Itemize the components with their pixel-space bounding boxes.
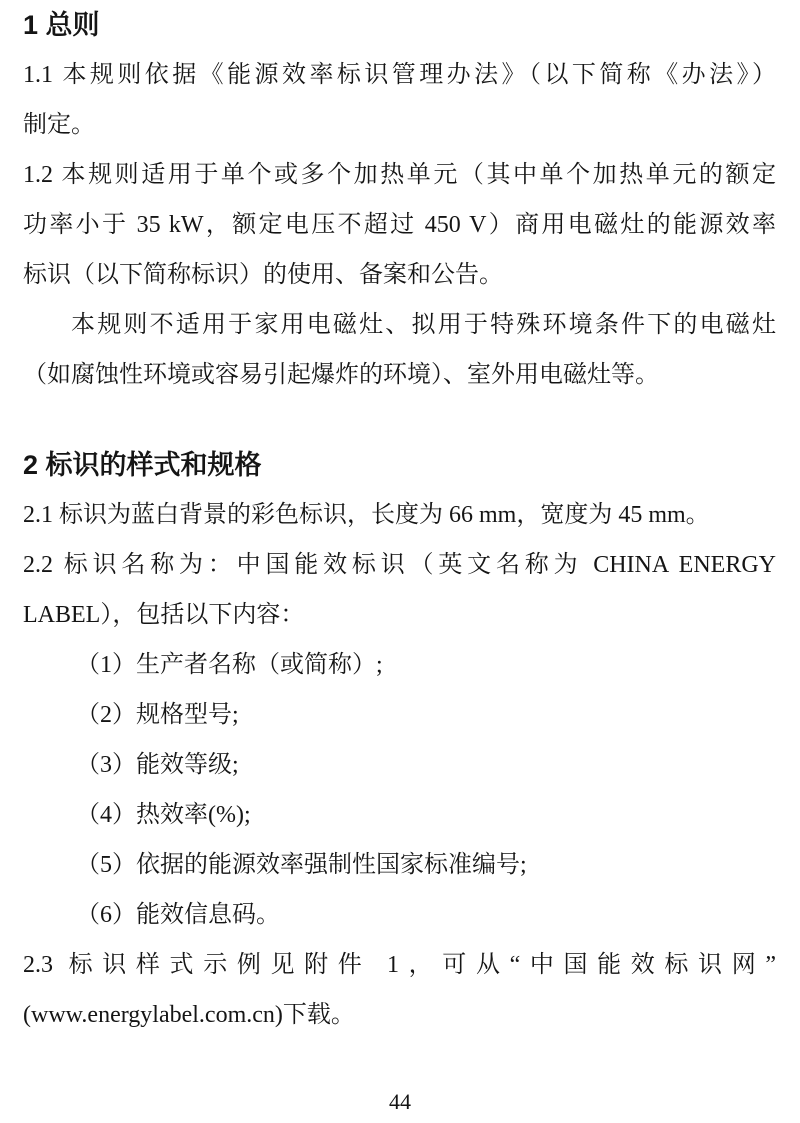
list-item-4: （4）热效率(%); — [23, 790, 776, 840]
para-2-2-line-2: LABEL），包括以下内容： — [23, 590, 776, 640]
list-item-6: （6）能效信息码。 — [23, 890, 776, 940]
section-1-heading: 1 总则 — [23, 0, 776, 50]
para-2-2-line-1: 2.2 标识名称为：中国能效标识（英文名称为 CHINA ENERGY — [23, 540, 776, 590]
list-item-3: （3）能效等级; — [23, 740, 776, 790]
list-item-5: （5）依据的能源效率强制性国家标准编号; — [23, 840, 776, 890]
para-2-1-line-1: 2.1 标识为蓝白背景的彩色标识，长度为 66 mm，宽度为 45 mm。 — [23, 490, 776, 540]
para-1-2-line-2: 功率小于 35 kW，额定电压不超过 450 V）商用电磁灶的能源效率 — [23, 200, 776, 250]
para-1-2-line-1: 1.2 本规则适用于单个或多个加热单元（其中单个加热单元的额定 — [23, 150, 776, 200]
para-1-1-line-1: 1.1 本规则依据《能源效率标识管理办法》（以下简称《办法》） — [23, 50, 776, 100]
para-2-3-line-1: 2.3 标识样式示例见附件 1，可从“中国能效标识网” — [23, 940, 776, 990]
para-1-2-note-line-1: 本规则不适用于家用电磁灶、拟用于特殊环境条件下的电磁灶 — [23, 300, 776, 350]
list-item-1: （1）生产者名称（或简称）; — [23, 640, 776, 690]
para-1-2-line-3: 标识（以下简称标识）的使用、备案和公告。 — [23, 250, 776, 300]
section-gap — [23, 400, 776, 440]
page-number: 44 — [0, 1088, 800, 1116]
section-2-heading: 2 标识的样式和规格 — [23, 440, 776, 490]
document-page: 1 总则 1.1 本规则依据《能源效率标识管理办法》（以下简称《办法》） 制定。… — [23, 0, 776, 1040]
para-1-2-note-line-2: （如腐蚀性环境或容易引起爆炸的环境）、室外用电磁灶等。 — [23, 350, 776, 400]
para-1-1-line-2: 制定。 — [23, 100, 776, 150]
list-item-2: （2）规格型号; — [23, 690, 776, 740]
para-2-3-line-2: (www.energylabel.com.cn)下载。 — [23, 990, 776, 1040]
